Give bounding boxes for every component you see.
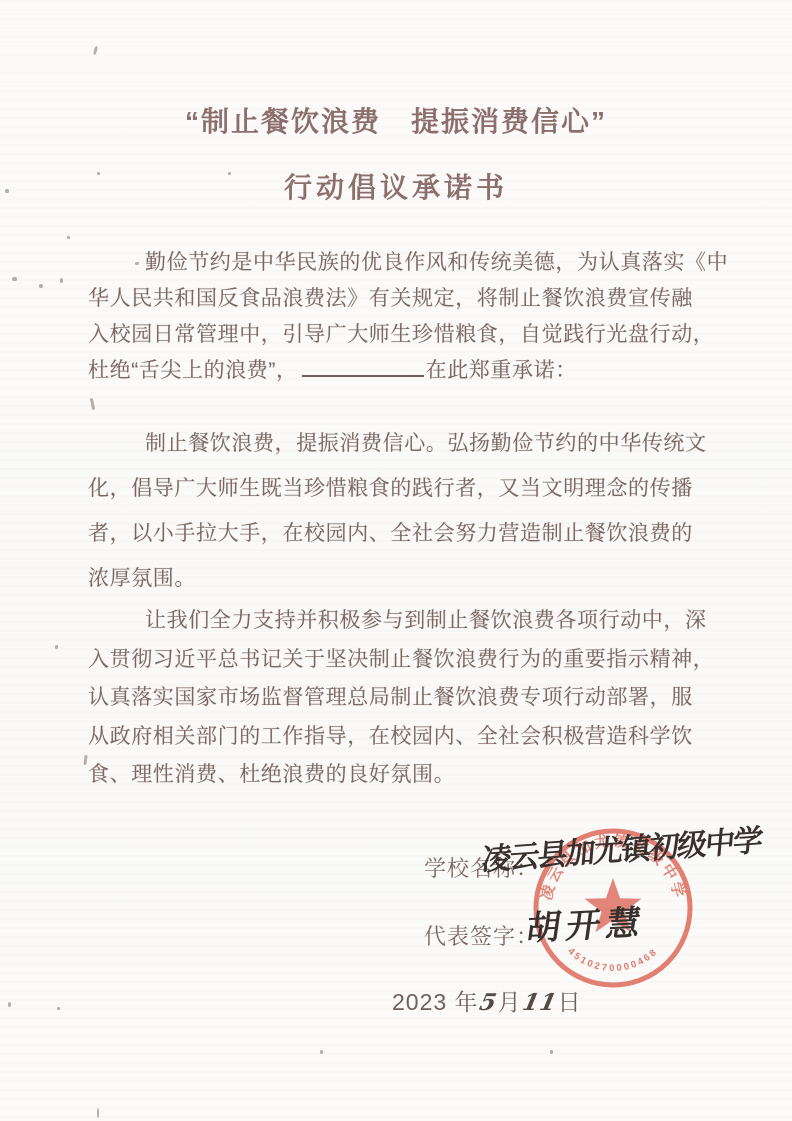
scan-speckle [8,1002,11,1007]
scan-speckle [67,236,70,239]
scan-speckle [57,1007,60,1010]
paragraph-pledge-line3: 者，以小手拉大手，在校园内、全社会努力营造制止餐饮浪费的 [88,511,716,556]
paragraph-pledge-line2: 化，倡导广大师生既当珍惜粮食的践行者，又当文明理念的传播 [88,466,716,511]
paragraph-intro-line4: 杜绝“舌尖上的浪费”，在此郑重承诺： [88,353,716,389]
scan-speckle [550,1050,553,1054]
representative-signature-handwritten: 胡开慧 [524,895,651,951]
paragraph-action: 让我们全力支持并积极参与到制止餐饮浪费各项行动中，深 入贯彻习近平总书记关于坚决… [88,602,716,795]
scan-speckle [320,1050,323,1054]
svg-text:4510270000468: 4510270000468 [565,946,660,974]
paragraph-intro-line1: 勤俭节约是中华民族的优良作风和传统美德，为认真落实《中 [88,245,716,281]
paragraph-intro: 勤俭节约是中华民族的优良作风和传统美德，为认真落实《中 华人民共和国反食品浪费法… [88,245,716,389]
document-title-line1: “制止餐饮浪费 提振消费信心” [0,100,792,140]
paragraph-action-line5: 食、理性消费、杜绝浪费的良好氛围。 [88,756,716,795]
paragraph-action-line4: 从政府相关部门的工作指导，在校园内、全社会积极营造科学饮 [88,718,716,757]
date-month-handwritten: 5 [477,989,500,1016]
representative-signature-label: 代表签字： [424,920,539,951]
scan-speckle [39,284,43,288]
paragraph-intro-line2: 华人民共和国反食品浪费法》有关规定，将制止餐饮浪费宣传融 [88,281,716,317]
paragraph-pledge-line4: 浓厚氛围。 [88,556,716,601]
paragraph-action-line1: 让我们全力支持并积极参与到制止餐饮浪费各项行动中，深 [88,602,716,641]
paragraph-intro-line4-prefix: 杜绝“舌尖上的浪费”， [88,359,298,382]
scan-speckle [12,277,17,281]
paragraph-action-line3: 认真落实国家市场监督管理总局制止餐饮浪费专项行动部署，服 [88,679,716,718]
fill-in-blank-line [302,356,424,377]
paragraph-action-line2: 入贯彻习近平总书记关于坚决制止餐饮浪费行为的重要指示精神， [88,641,716,680]
seal-serial-number: 4510270000468 [565,946,660,974]
scan-speckle [55,645,58,649]
date-year-printed: 2023 年 [392,989,479,1015]
document-title-line2: 行动倡议承诺书 [0,166,792,206]
paragraph-pledge-line1: 制止餐饮浪费，提振消费信心。弘扬勤俭节约的中华传统文 [88,421,716,466]
scan-speckle [60,278,63,283]
paragraph-intro-line4-suffix: 在此郑重承诺： [426,359,577,382]
scan-speckle [90,398,95,410]
scan-speckle [97,1108,99,1118]
paragraph-intro-line3: 入校园日常管理中，引导广大师生珍惜粮食，自觉践行光盘行动， [88,317,716,353]
paragraph-pledge: 制止餐饮浪费，提振消费信心。弘扬勤俭节约的中华传统文 化，倡导广大师生既当珍惜粮… [88,421,716,601]
date-month-unit: 月 [498,989,522,1015]
scanned-document-page: “制止餐饮浪费 提振消费信心” 行动倡议承诺书 勤俭节约是中华民族的优良作风和传… [0,0,792,1121]
scan-speckle [93,46,98,55]
